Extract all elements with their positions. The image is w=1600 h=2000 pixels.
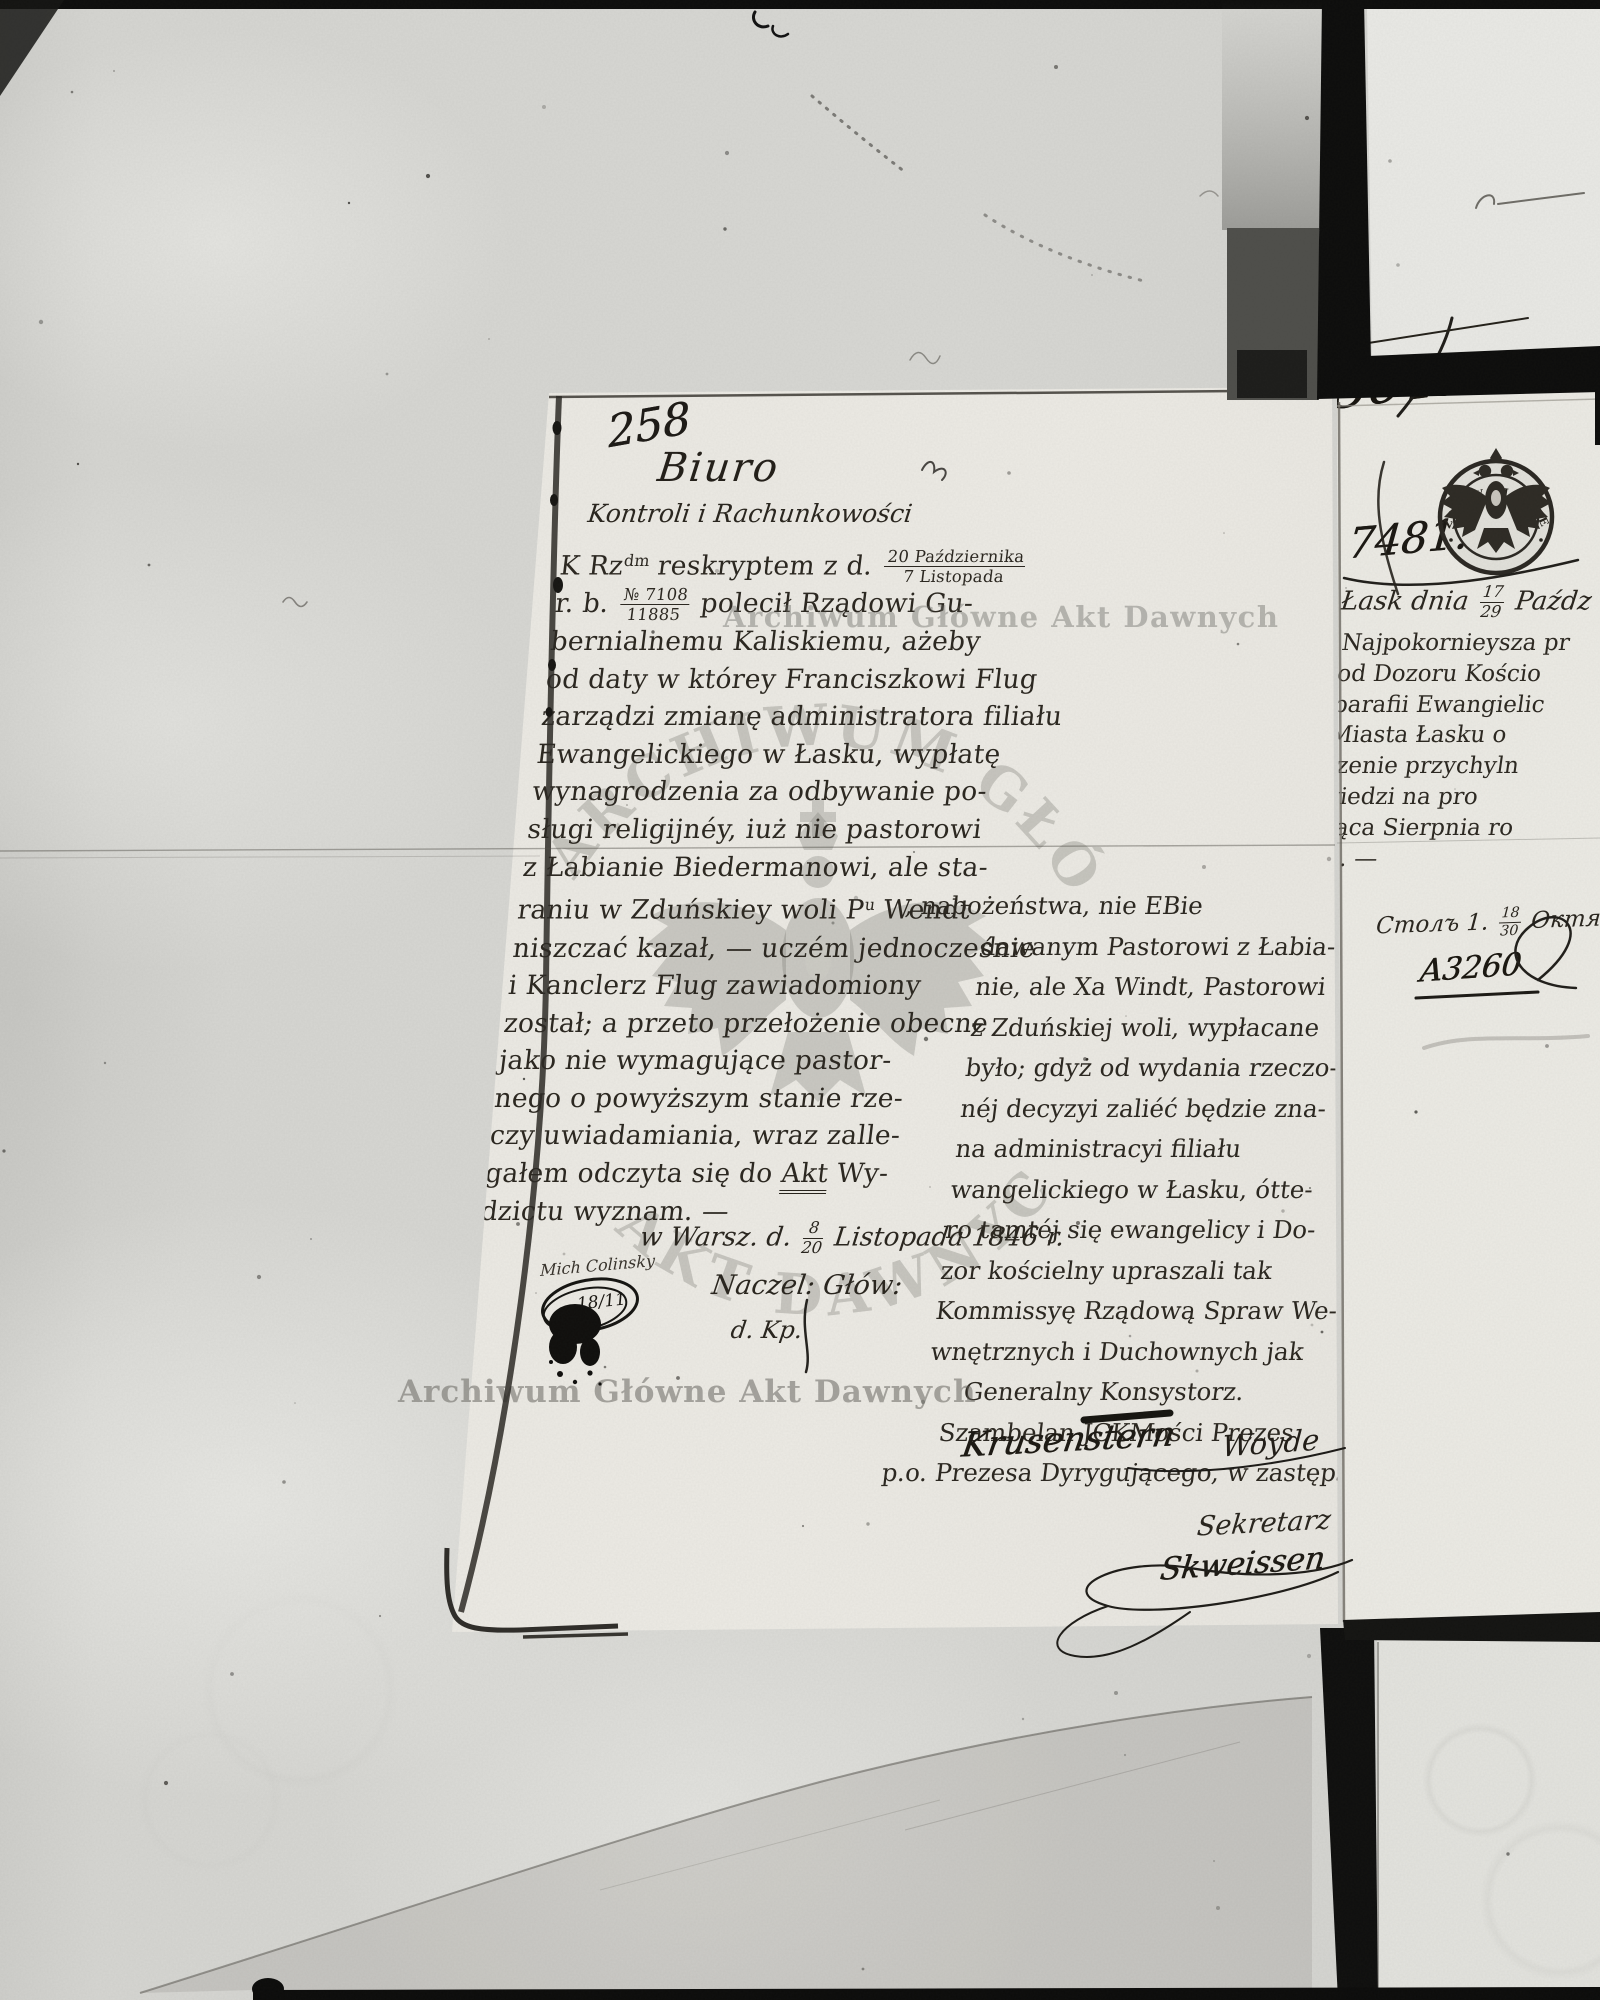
photo-overlay bbox=[0, 0, 1600, 2000]
film-grain bbox=[0, 0, 1600, 2000]
archival-photo: ARCHIWUM GŁÓWNE AKT DAWNYCH 258 Biuro Ko… bbox=[0, 0, 1600, 2000]
